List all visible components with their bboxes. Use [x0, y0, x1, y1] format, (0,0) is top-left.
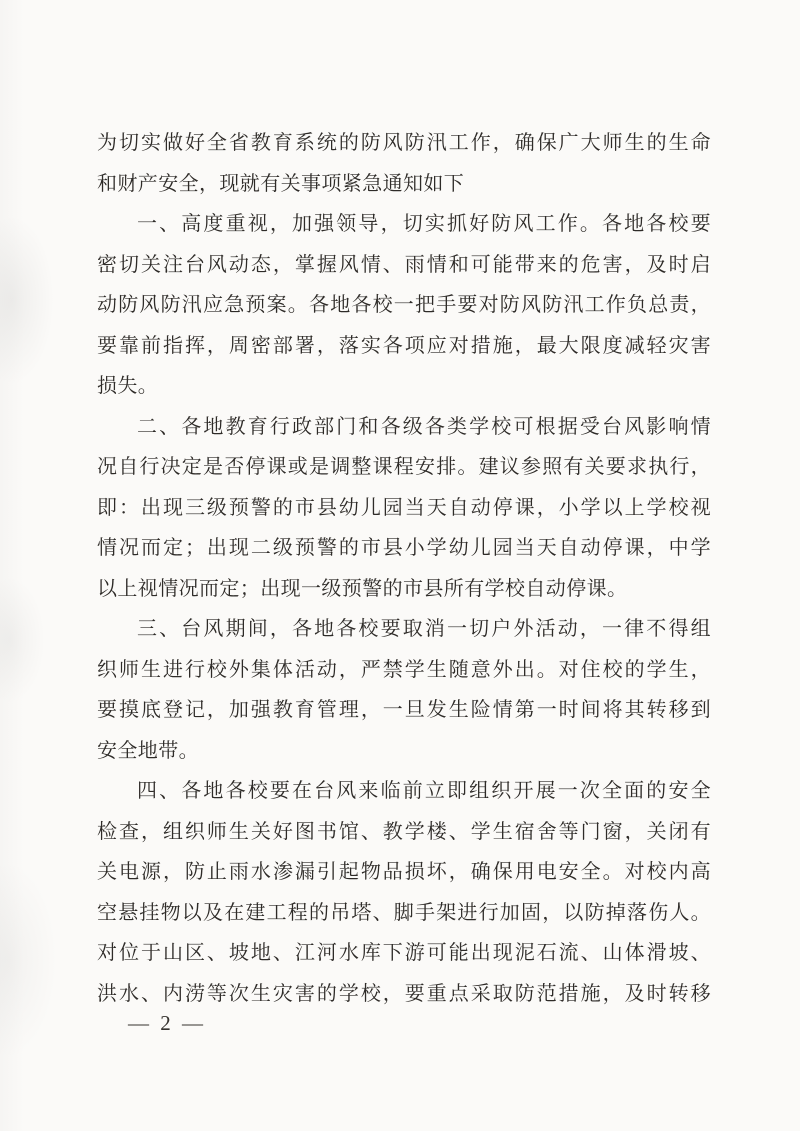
text-line: 损失。	[97, 366, 711, 407]
text-line: 二、各地教育行政部门和各级各类学校可根据受台风影响情	[97, 407, 711, 448]
paragraph: 四、各地各校要在台风来临前立即组织开展一次全面的安全检查，组织师生关好图书馆、教…	[97, 771, 711, 1014]
scanned-document-page: 为切实做好全省教育系统的防风防汛工作，确保广大师生的生命和财产安全，现就有关事项…	[0, 0, 800, 1131]
text-line: 对位于山区、坡地、江河水库下游可能出现泥石流、山体滑坡、	[97, 933, 711, 974]
text-line: 况自行决定是否停课或是调整课程安排。建议参照有关要求执行，	[97, 447, 711, 488]
text-line: 关电源，防止雨水渗漏引起物品损坏，确保用电安全。对校内高	[97, 852, 711, 893]
text-line: 和财产安全，现就有关事项紧急通知如下	[97, 164, 711, 205]
paragraph: 三、台风期间，各地各校要取消一切户外活动，一律不得组织师生进行校外集体活动，严禁…	[97, 609, 711, 771]
text-line: 要摸底登记，加强教育管理，一旦发生险情第一时间将其转移到	[97, 690, 711, 731]
text-line: 动防风防汛应急预案。各地各校一把手要对防风防汛工作负总责，	[97, 285, 711, 326]
paragraph: 二、各地教育行政部门和各级各类学校可根据受台风影响情况自行决定是否停课或是调整课…	[97, 407, 711, 610]
paragraph: 为切实做好全省教育系统的防风防汛工作，确保广大师生的生命和财产安全，现就有关事项…	[97, 123, 711, 204]
page-number: — 2 —	[128, 1005, 206, 1041]
text-line: 三、台风期间，各地各校要取消一切户外活动，一律不得组	[97, 609, 711, 650]
text-line: 密切关注台风动态，掌握风情、雨情和可能带来的危害，及时启	[97, 245, 711, 286]
paragraph: 一、高度重视，加强领导，切实抓好防风工作。各地各校要密切关注台风动态，掌握风情、…	[97, 204, 711, 407]
text-line: 情况而定；出现二级预警的市县小学幼儿园当天自动停课，中学	[97, 528, 711, 569]
text-line: 织师生进行校外集体活动，严禁学生随意外出。对住校的学生，	[97, 650, 711, 691]
document-body: 为切实做好全省教育系统的防风防汛工作，确保广大师生的生命和财产安全，现就有关事项…	[97, 123, 711, 1014]
text-line: 以上视情况而定；出现一级预警的市县所有学校自动停课。	[97, 569, 711, 610]
text-line: 即：出现三级预警的市县幼儿园当天自动停课，小学以上学校视	[97, 488, 711, 529]
text-line: 为切实做好全省教育系统的防风防汛工作，确保广大师生的生命	[97, 123, 711, 164]
text-line: 四、各地各校要在台风来临前立即组织开展一次全面的安全	[97, 771, 711, 812]
text-line: 一、高度重视，加强领导，切实抓好防风工作。各地各校要	[97, 204, 711, 245]
text-line: 检查，组织师生关好图书馆、教学楼、学生宿舍等门窗，关闭有	[97, 812, 711, 853]
text-line: 空悬挂物以及在建工程的吊塔、脚手架进行加固，以防掉落伤人。	[97, 893, 711, 934]
text-line: 安全地带。	[97, 731, 711, 772]
text-line: 要靠前指挥，周密部署，落实各项应对措施，最大限度减轻灾害	[97, 326, 711, 367]
